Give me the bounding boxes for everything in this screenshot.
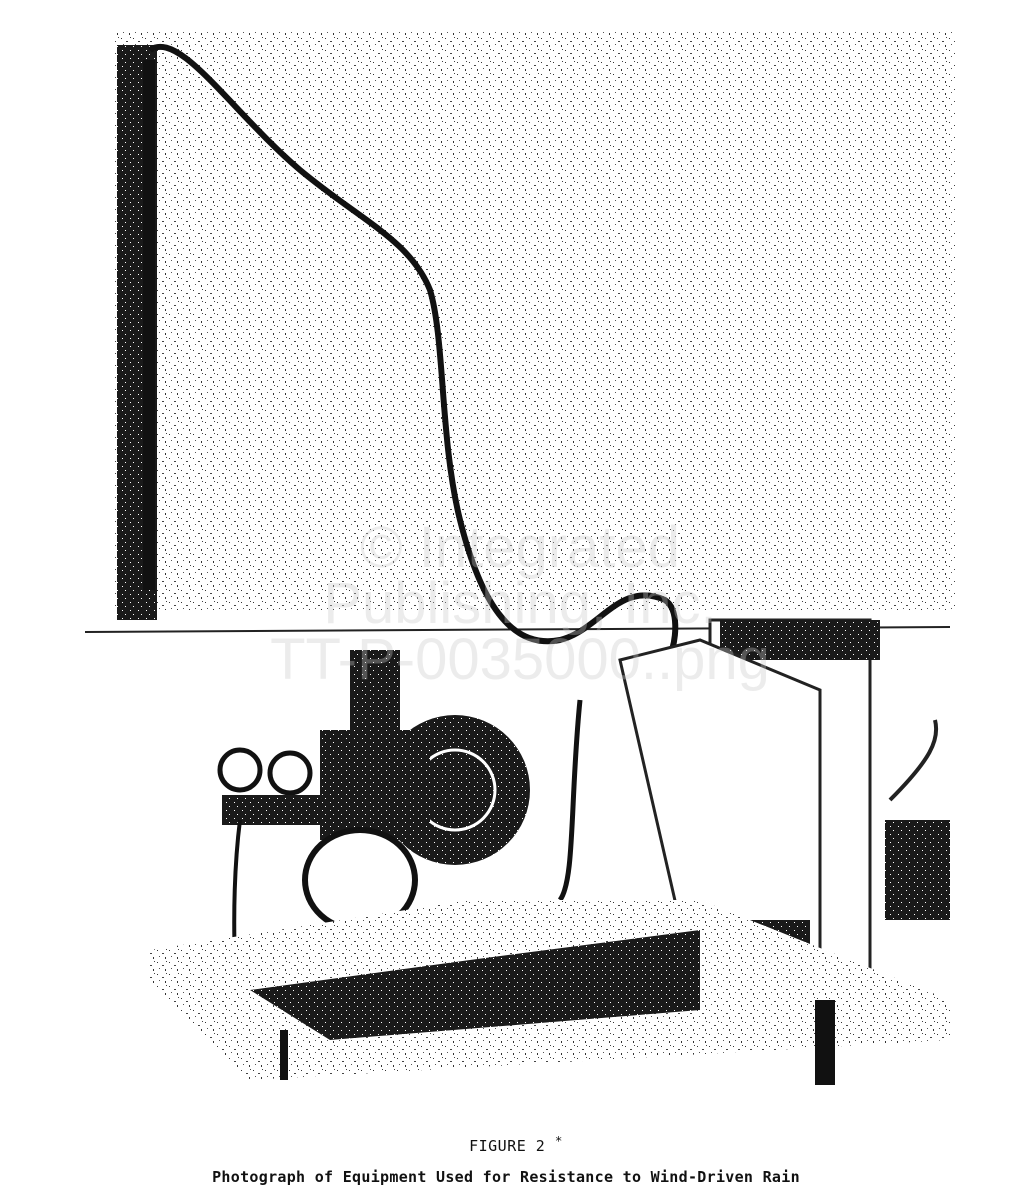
- figure-caption: Photograph of Equipment Used for Resista…: [0, 1168, 1012, 1186]
- equipment-photograph: [0, 0, 1032, 1110]
- figure-label: FIGURE 2 *: [0, 1133, 1032, 1155]
- footnote-mark: *: [555, 1133, 563, 1148]
- figure-number: FIGURE 2: [469, 1137, 545, 1155]
- pressure-gauge-right: [270, 753, 310, 793]
- pressure-gauge-left: [220, 750, 260, 790]
- wall-background: [115, 30, 955, 610]
